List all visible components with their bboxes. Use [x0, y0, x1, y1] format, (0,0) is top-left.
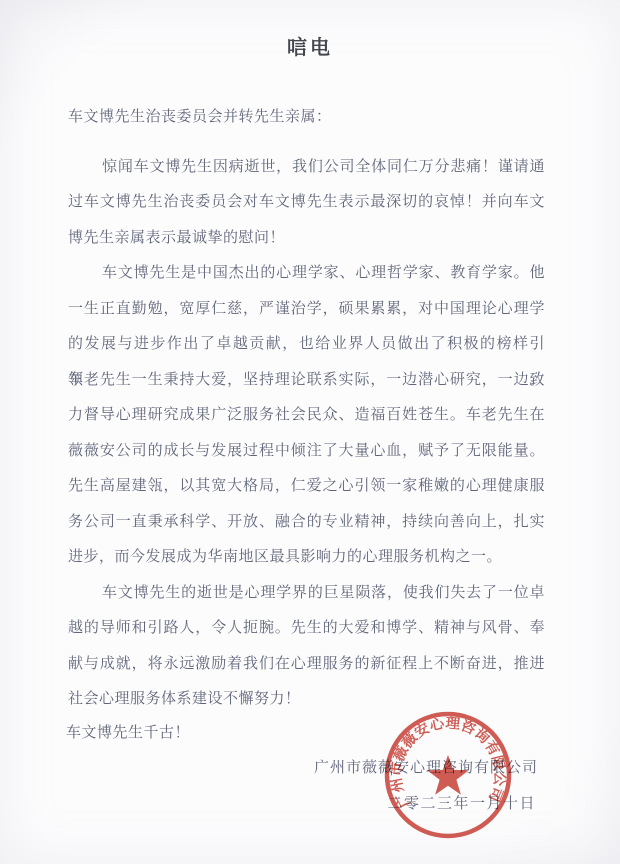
- salutation-line: 车文博先生治丧委员会并转先生亲属：: [68, 99, 545, 135]
- paragraph-3-line-3: 献与成就，将永远激励着我们在心理服务的新征程上不断奋进，推进: [68, 646, 545, 682]
- paragraph-1-line-3: 博先生亲属表示最诚挚的慰问！: [68, 220, 545, 256]
- paragraph-2-line-4: 车老先生一生秉持大爱，坚持理论联系实际，一边潜心研究，一边致: [68, 362, 545, 398]
- letter-body: 车文博先生治丧委员会并转先生亲属： 惊闻车文博先生因病逝世，我们公司全体同仁万分…: [68, 99, 545, 717]
- paragraph-3-line-2: 越的导师和引路人，令人扼腕。先生的大爱和博学、精神与风骨、奉: [68, 610, 545, 646]
- paragraph-3-line-1: 车文博先生的逝世是心理学界的巨星陨落，使我们失去了一位卓: [68, 575, 545, 611]
- letter-title: 唁电: [0, 31, 620, 60]
- paragraph-2-line-5: 力督导心理研究成果广泛服务社会民众、造福百姓苍生。车老先生在: [68, 397, 545, 433]
- paragraph-2-line-1: 车文博先生是中国杰出的心理学家、心理哲学家、教育学家。他: [68, 255, 545, 291]
- paragraph-2-line-6: 薇薇安公司的成长与发展过程中倾注了大量心血，赋予了无限能量。: [68, 433, 545, 469]
- seal-star-icon: [427, 755, 469, 795]
- paragraph-2-line-7: 先生高屋建瓴，以其宽大格局，仁爱之心引领一家稚嫩的心理健康服: [68, 468, 545, 504]
- paragraph-2-line-9: 进步，而今发展成为华南地区最具影响力的心理服务机构之一。: [68, 539, 545, 575]
- closing-tribute-line: 车文博先生千古！: [66, 715, 190, 751]
- paragraph-1-line-1: 惊闻车文博先生因病逝世，我们公司全体同仁万分悲痛！谨请通: [68, 149, 545, 185]
- paragraph-2-line-8: 务公司一直秉承科学、开放、融合的专业精神，持续向善向上，扎实: [68, 504, 545, 540]
- paragraph-1-line-2: 过车文博先生治丧委员会对车文博先生表示最深切的哀悼！并向车文: [68, 184, 545, 220]
- paragraph-2-line-3: 的发展与进步作出了卓越贡献，也给业界人员做出了积极的榜样引领。: [68, 326, 545, 362]
- letter-page: 唁电 车文博先生治丧委员会并转先生亲属： 惊闻车文博先生因病逝世，我们公司全体同…: [0, 0, 620, 864]
- company-seal: 广州市薇薇安心理咨询有限公司: [378, 705, 518, 845]
- paragraph-2-line-2: 一生正直勤勉，宽厚仁慈，严谨治学，硕果累累，对中国理论心理学: [68, 291, 545, 327]
